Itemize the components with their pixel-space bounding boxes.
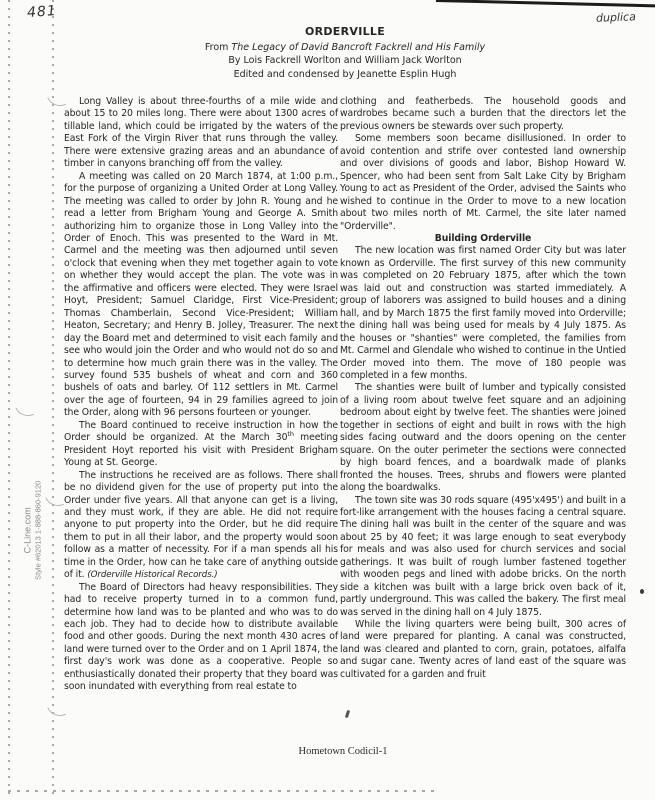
- handwritten-note: duplica: [596, 10, 636, 24]
- paragraph: The town site was 30 rods square (495'x4…: [340, 495, 626, 620]
- editor-line: Edited and condensed by Jeanette Esplin …: [95, 68, 595, 82]
- source-line: From The Legacy of David Bancroft Fackre…: [95, 41, 595, 55]
- document-title: ORDERVILLE: [95, 25, 595, 39]
- right-column: clothing and featherbeds. The household …: [340, 96, 626, 681]
- binder-hole-shadow: [10, 384, 46, 420]
- protector-style-number: Style #62013 1-888-860-9120: [34, 435, 43, 625]
- paragraph: clothing and featherbeds. The household …: [340, 96, 626, 133]
- source-prefix: From: [205, 42, 232, 53]
- left-column: Long Valley is about three-fourths of a …: [64, 96, 338, 694]
- byline: By Lois Fackrell Worlton and William Jac…: [95, 54, 595, 68]
- scan-artifact-dot: [640, 589, 644, 594]
- protector-edge-text: C-Line.com Style #62013 1-888-860-9120: [23, 435, 44, 625]
- paragraph: The Board continued to receive instructi…: [64, 420, 338, 470]
- paragraph: The new location was first named Order C…: [340, 245, 626, 382]
- handwritten-page-number: 481: [26, 3, 57, 21]
- paragraph: Long Valley is about three-fourths of a …: [64, 96, 338, 171]
- quote-citation: (Orderville Historical Records.): [87, 570, 217, 580]
- protector-perforation-right: [52, 0, 54, 800]
- paragraph: Some members soon became disillusioned. …: [340, 133, 626, 233]
- quote-text: The instructions he received are as foll…: [64, 470, 338, 581]
- paragraph: The Board of Directors had heavy respons…: [64, 582, 338, 694]
- protector-perforation-left: [8, 0, 10, 800]
- block-quote: The instructions he received are as foll…: [64, 470, 338, 582]
- document-header: ORDERVILLE From The Legacy of David Banc…: [95, 25, 595, 81]
- section-subheading: Building Orderville: [340, 233, 626, 245]
- paragraph: The shanties were built of lumber and ty…: [340, 382, 626, 494]
- source-book-title: The Legacy of David Bancroft Fackrell an…: [231, 42, 485, 53]
- page-footer: Hometown Codicil-1: [0, 746, 655, 757]
- protector-brand: C-Line.com: [23, 435, 34, 625]
- scan-artifact-line: [436, 0, 655, 7]
- paragraph: A meeting was called on 20 March 1874, a…: [64, 171, 338, 420]
- pen-mark: [345, 710, 350, 719]
- protector-perforation-bottom: [8, 790, 438, 792]
- paragraph: While the living quarters were being bui…: [340, 619, 626, 681]
- scanned-document-page: C-Line.com Style #62013 1-888-860-9120 4…: [0, 0, 655, 800]
